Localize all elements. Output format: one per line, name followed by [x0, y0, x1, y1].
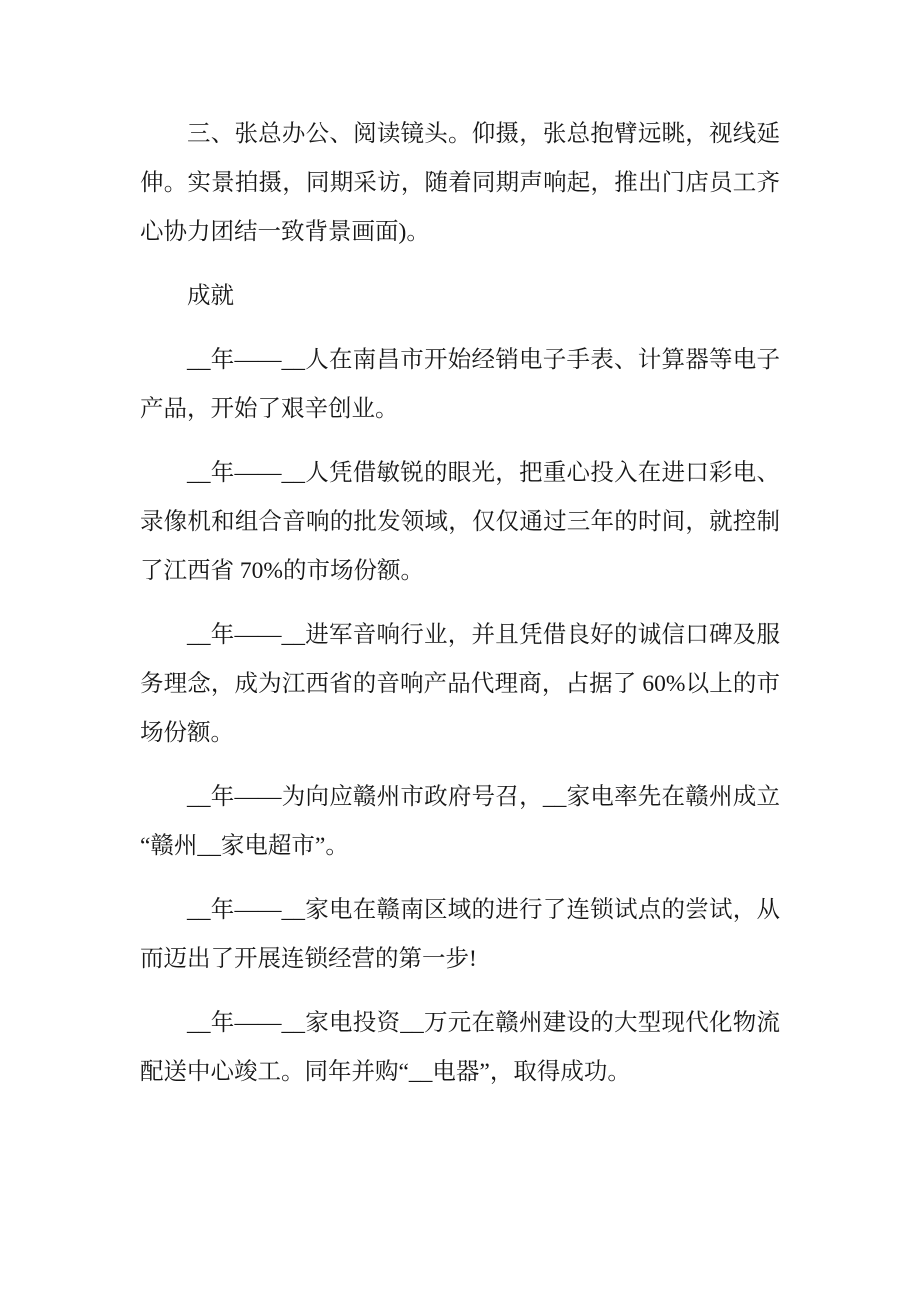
paragraph: __年——__家电投资__万元在赣州建设的大型现代化物流配送中心竣工。同年并购“… [140, 999, 780, 1097]
paragraph: __年——__人在南昌市开始经销电子手表、计算器等电子产品，开始了艰辛创业。 [140, 336, 780, 434]
text-line: __年——__人凭借敏锐的眼光，把重心投入在进口彩电、 [140, 449, 780, 498]
text-line: 心协力团结一致背景画面)。 [140, 208, 780, 257]
text-line: 场份额。 [140, 709, 780, 758]
text-line: 成就 [140, 272, 780, 321]
text-line: 录像机和组合音响的批发领域，仅仅通过三年的时间，就控制 [140, 498, 780, 547]
paragraph: 三、张总办公、阅读镜头。仰摄，张总抱臂远眺，视线延伸。实景拍摄，同期采访，随着同… [140, 110, 780, 257]
text-line: __年——__人在南昌市开始经销电子手表、计算器等电子 [140, 336, 780, 385]
text-line: 了江西省 70%的市场份额。 [140, 547, 780, 596]
text-line: __年——__家电投资__万元在赣州建设的大型现代化物流 [140, 999, 780, 1048]
text-line: __年——__进军音响行业，并且凭借良好的诚信口碑及服 [140, 611, 780, 660]
paragraph: __年——__进军音响行业，并且凭借良好的诚信口碑及服务理念，成为江西省的音响产… [140, 611, 780, 758]
text-line: __年——为向应赣州市政府号召，__家电率先在赣州成立 [140, 773, 780, 822]
text-line: 配送中心竣工。同年并购“__电器”，取得成功。 [140, 1048, 780, 1097]
document-body: 三、张总办公、阅读镜头。仰摄，张总抱臂远眺，视线延伸。实景拍摄，同期采访，随着同… [140, 110, 780, 1112]
text-line: “赣州__家电超市”。 [140, 822, 780, 871]
text-line: 而迈出了开展连锁经营的第一步! [140, 935, 780, 984]
text-line: 产品，开始了艰辛创业。 [140, 385, 780, 434]
paragraph: __年——__家电在赣南区域的进行了连锁试点的尝试，从而迈出了开展连锁经营的第一… [140, 886, 780, 984]
text-line: 务理念，成为江西省的音响产品代理商，占据了 60%以上的市 [140, 660, 780, 709]
text-line: 伸。实景拍摄，同期采访，随着同期声响起，推出门店员工齐 [140, 159, 780, 208]
document-page: 三、张总办公、阅读镜头。仰摄，张总抱臂远眺，视线延伸。实景拍摄，同期采访，随着同… [0, 0, 920, 1302]
text-line: 三、张总办公、阅读镜头。仰摄，张总抱臂远眺，视线延 [140, 110, 780, 159]
paragraph: 成就 [140, 272, 780, 321]
paragraph: __年——为向应赣州市政府号召，__家电率先在赣州成立“赣州__家电超市”。 [140, 773, 780, 871]
text-line: __年——__家电在赣南区域的进行了连锁试点的尝试，从 [140, 886, 780, 935]
paragraph: __年——__人凭借敏锐的眼光，把重心投入在进口彩电、录像机和组合音响的批发领域… [140, 449, 780, 596]
